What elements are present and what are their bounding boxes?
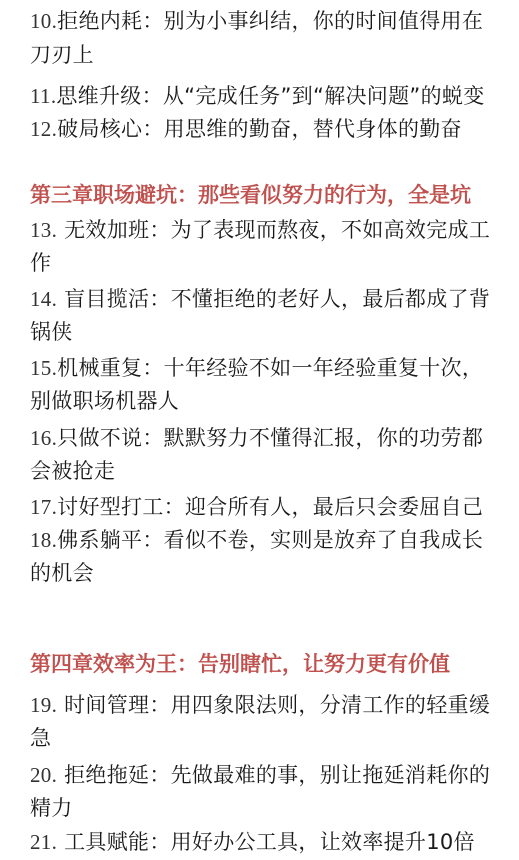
list-item-21: 21. 工具赋能：用好办公工具，让效率提升10倍	[30, 829, 475, 855]
item-text: 盲目揽活：不懂拒绝的老好人，最后都成了背	[57, 287, 490, 311]
item-text: 破局核心：用思维的勤奋，替代身体的勤奋	[57, 117, 462, 141]
item-number: 16.	[30, 426, 57, 450]
item-number: 12.	[30, 117, 57, 141]
list-item-19-cont: 急	[30, 725, 51, 751]
list-item-13-cont: 作	[30, 250, 51, 276]
item-text: 刀刃上	[30, 43, 94, 67]
list-item-17: 17.讨好型打工：迎合所有人，最后只会委屈自己	[30, 494, 483, 520]
list-item-12: 12.破局核心：用思维的勤奋，替代身体的勤奋	[30, 116, 462, 142]
item-number: 21.	[30, 830, 57, 854]
item-text: 讨好型打工：迎合所有人，最后只会委屈自己	[57, 495, 483, 519]
item-number: 17.	[30, 495, 57, 519]
chapter-3-heading: 第三章职场避坑：那些看似努力的行为，全是坑	[30, 182, 471, 208]
list-item-10: 10.拒绝内耗：别为小事纠结，你的时间值得用在	[30, 8, 483, 34]
item-text: 工具赋能：用好办公工具，让效率提升10倍	[57, 830, 475, 854]
item-text: 拒绝拖延：先做最难的事，别让拖延消耗你的	[57, 763, 490, 787]
list-item-20-cont: 精力	[30, 795, 73, 821]
item-text: 的机会	[30, 561, 94, 585]
list-item-15-cont: 别做职场机器人	[30, 388, 179, 414]
list-item-15: 15.机械重复：十年经验不如一年经验重复十次，	[30, 355, 483, 381]
list-item-16: 16.只做不说：默默努力不懂得汇报，你的功劳都	[30, 425, 483, 451]
list-item-11: 11.思维升级：从“完成任务”到“解决问题”的蜕变	[30, 83, 485, 109]
list-item-20: 20. 拒绝拖延：先做最难的事，别让拖延消耗你的	[30, 762, 490, 788]
item-number: 11.	[30, 84, 56, 108]
item-text: 拒绝内耗：别为小事纠结，你的时间值得用在	[57, 9, 483, 33]
list-item-16-cont: 会被抢走	[30, 458, 115, 484]
item-number: 14.	[30, 287, 57, 311]
item-text: 精力	[30, 796, 73, 820]
item-number: 13.	[30, 218, 57, 242]
list-item-14: 14. 盲目揽活：不懂拒绝的老好人，最后都成了背	[30, 286, 490, 312]
item-number: 15.	[30, 356, 57, 380]
item-text: 别做职场机器人	[30, 389, 179, 413]
item-text: 锅侠	[30, 320, 73, 344]
list-item-19: 19. 时间管理：用四象限法则，分清工作的轻重缓	[30, 692, 490, 718]
item-number: 10.	[30, 9, 57, 33]
list-item-18-cont: 的机会	[30, 560, 94, 586]
item-text: 机械重复：十年经验不如一年经验重复十次，	[57, 356, 483, 380]
item-text: 作	[30, 251, 51, 275]
list-item-18: 18.佛系躺平：看似不卷，实则是放弃了自我成长	[30, 527, 483, 553]
item-text: 佛系躺平：看似不卷，实则是放弃了自我成长	[57, 528, 483, 552]
item-text: 只做不说：默默努力不懂得汇报，你的功劳都	[57, 426, 483, 450]
item-text: 思维升级：从“完成任务”到“解决问题”的蜕变	[56, 84, 484, 108]
chapter-4-heading: 第四章效率为王：告别瞎忙，让努力更有价值	[30, 651, 450, 677]
item-text: 时间管理：用四象限法则，分清工作的轻重缓	[57, 693, 490, 717]
list-item-13: 13. 无效加班：为了表现而熬夜，不如高效完成工	[30, 217, 490, 243]
item-text: 无效加班：为了表现而熬夜，不如高效完成工	[57, 218, 490, 242]
item-number: 19.	[30, 693, 57, 717]
list-item-14-cont: 锅侠	[30, 319, 73, 345]
item-text: 急	[30, 726, 51, 750]
item-text: 会被抢走	[30, 459, 115, 483]
list-item-10-cont: 刀刃上	[30, 42, 94, 68]
item-number: 20.	[30, 763, 57, 787]
item-number: 18.	[30, 528, 57, 552]
